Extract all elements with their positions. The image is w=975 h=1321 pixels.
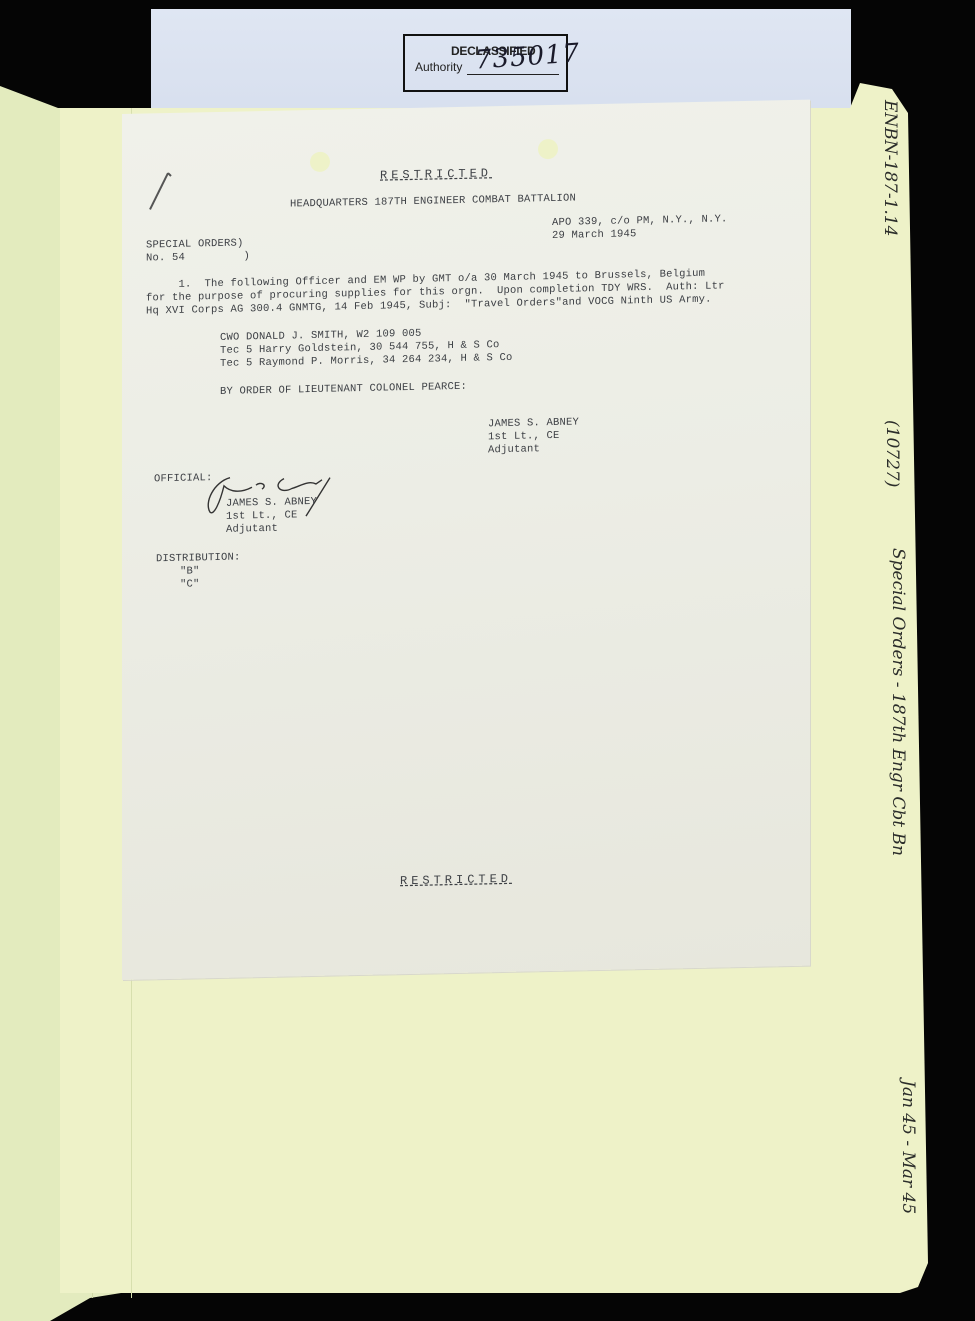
distribution-item: "C" xyxy=(180,578,200,591)
signatory-name: JAMES S. ABNEY xyxy=(488,416,579,431)
order-authority: BY ORDER OF LIEUTENANT COLONEL PEARCE: xyxy=(220,381,467,399)
classification-top: RESTRICTED xyxy=(380,166,492,182)
location-line: APO 339, c/o PM, N.Y., N.Y. xyxy=(552,213,728,230)
declassification-stamp: DECLASSIFIED Authority 735017 xyxy=(403,34,568,92)
punch-hole-left xyxy=(310,152,330,172)
official-signatory-name: JAMES S. ABNEY xyxy=(226,496,317,511)
classification-bottom: RESTRICTED xyxy=(400,872,512,888)
official-signatory-title: Adjutant xyxy=(226,523,278,537)
signatory-rank: 1st Lt., CE xyxy=(488,430,560,444)
signatory-title: Adjutant xyxy=(488,443,540,457)
staple-mark-icon xyxy=(144,171,174,212)
tab-note-file-number: ENBN-187-1.14 xyxy=(880,100,900,236)
distribution-label: DISTRIBUTION: xyxy=(156,552,241,567)
punch-hole-right xyxy=(538,139,558,159)
special-orders-document: RESTRICTED HEADQUARTERS 187TH ENGINEER C… xyxy=(122,100,810,980)
unit-heading: HEADQUARTERS 187TH ENGINEER COMBAT BATTA… xyxy=(290,192,576,211)
authority-number: 735017 xyxy=(474,38,581,75)
distribution-item: "B" xyxy=(180,565,200,578)
tab-note-date-range: Jan 45 - Mar 45 xyxy=(898,1080,918,1214)
authority-label: Authority xyxy=(415,60,462,74)
date-line: 29 March 1945 xyxy=(552,228,637,243)
tab-note-box-number: (10727) xyxy=(882,420,902,487)
tab-note-title: Special Orders - 187th Engr Cbt Bn xyxy=(888,548,908,856)
official-signatory-rank: 1st Lt., CE xyxy=(226,509,298,523)
order-number: No. 54 ) xyxy=(146,250,250,265)
